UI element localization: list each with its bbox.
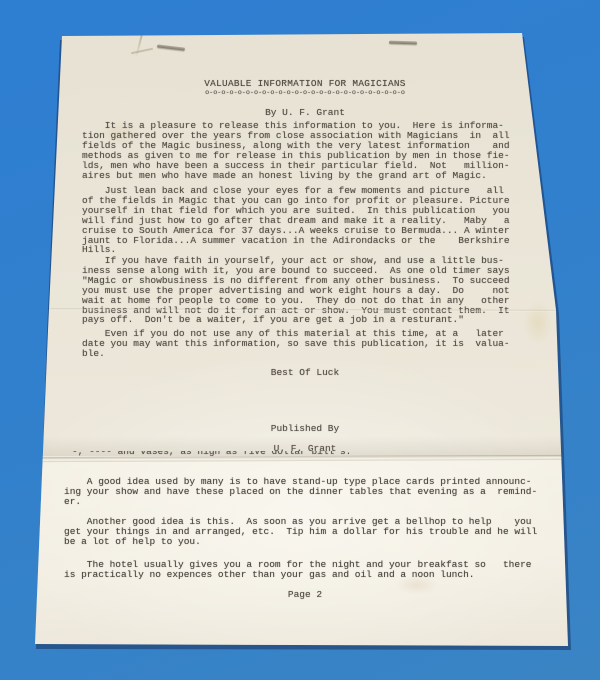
paragraph-intro: It is a pleasure to release this informa… <box>82 121 510 180</box>
paragraph-faith-in-yourself: If you have faith in yourself, your act … <box>82 256 510 325</box>
document-sheet: VALUABLE INFORMATION FOR MAGICIANS o-o-o… <box>0 0 600 680</box>
paper-stain <box>523 300 553 346</box>
page-number: Page 2 <box>85 590 525 600</box>
torn-crease <box>131 48 153 54</box>
closing-line: Best Of Luck <box>85 368 525 378</box>
byline: By U. F. Grant <box>85 108 525 118</box>
staple-right <box>389 41 417 45</box>
document-title: VALUABLE INFORMATION FOR MAGICIANS <box>85 79 525 89</box>
paragraph-save-publication: Even if you do not use any of this mater… <box>82 329 510 359</box>
paragraph-bellhop: Another good idea is this. As soon as yo… <box>64 517 537 547</box>
paragraph-fields-of-magic: Just lean back and close your eyes for a… <box>82 186 510 255</box>
staple-left <box>157 44 185 50</box>
torn-crease <box>135 34 142 58</box>
paragraph-hotel-room: The hotel usually gives you a room for t… <box>64 560 531 580</box>
paragraph-place-cards: A good idea used by many is to have stan… <box>64 477 537 507</box>
published-by-label: Published By <box>85 424 525 434</box>
title-underline-ornament: o-o-o-o-o-o-o-o-o-o-o-o-o-o-o-o-o-o-o-o-… <box>85 89 525 99</box>
photo-background: VALUABLE INFORMATION FOR MAGICIANS o-o-o… <box>0 0 600 680</box>
